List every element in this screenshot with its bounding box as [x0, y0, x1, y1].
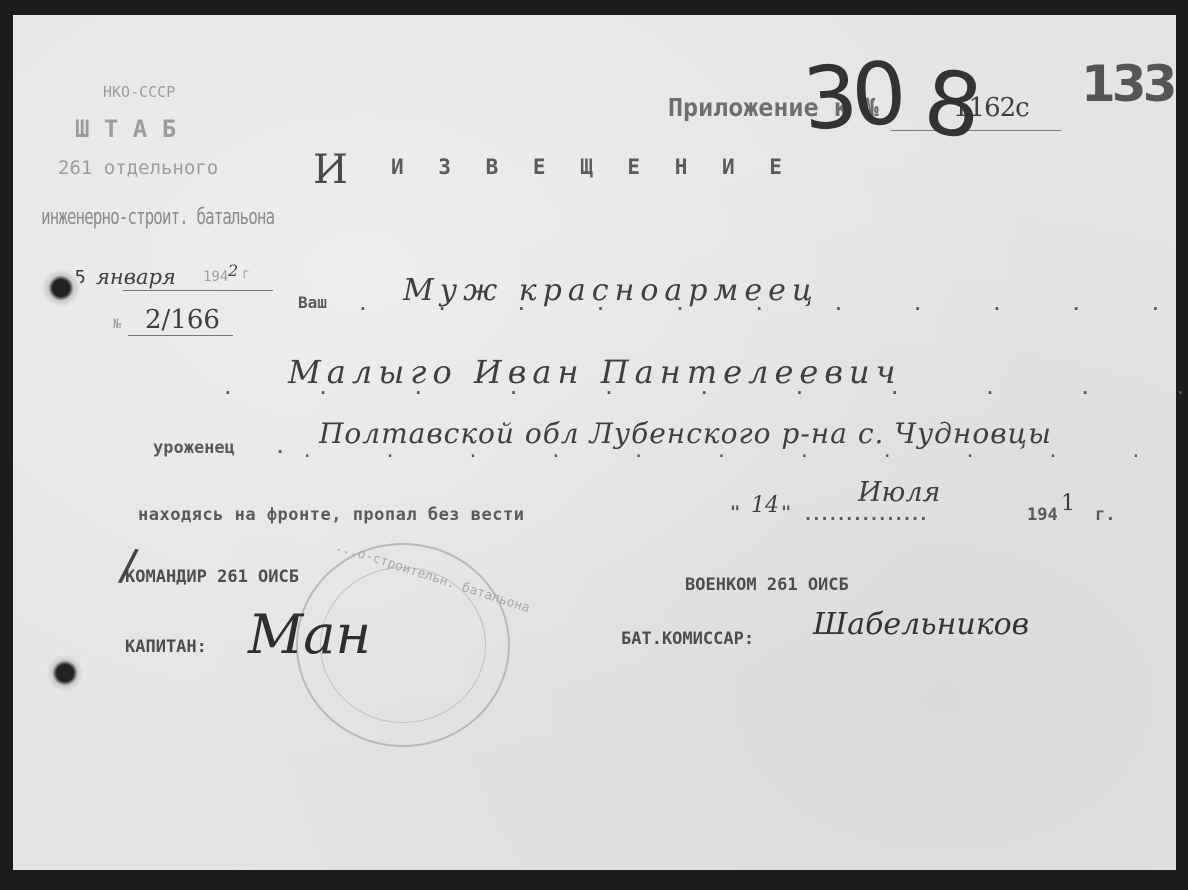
stamp-staff: Ш Т А Б — [75, 115, 176, 143]
stamp-unit: 261 отдельного — [58, 157, 218, 179]
commander-rank: КАПИТАН: — [125, 637, 207, 657]
line4-year-suffix: 1 — [1061, 491, 1075, 516]
stamp-date: 25 января 194 2 г — [58, 265, 258, 289]
stamp-date-month: января — [96, 265, 176, 289]
stamp-number: 2/166 — [145, 305, 220, 335]
stamp-date-year: 194 — [203, 269, 228, 285]
stamp-date-suffix: г — [242, 267, 250, 282]
line4-year-prefix: 194 — [1027, 505, 1058, 525]
line4-dots: ............... — [803, 505, 927, 525]
document-title: И З В Е Щ Е Н И Е — [391, 155, 793, 179]
line4-day: 14 — [751, 493, 779, 518]
line3-dots: . . . . . . . . . . . . . . . . . . . . … — [303, 445, 1188, 461]
stamp-org: НКО-СССР — [103, 83, 175, 101]
title-handwritten-initial: И — [313, 147, 348, 193]
stamp-date-underline — [123, 290, 273, 291]
stamp-number-underline — [128, 335, 233, 336]
line4-quote-open: " — [730, 503, 740, 523]
commissar-rank: БАТ.КОМИССАР: — [621, 629, 754, 649]
line4-text: находясь на фронте, пропал без вести — [138, 505, 524, 525]
line4-month: Июля — [858, 477, 940, 508]
stamp-battalion: инженерно-строит. батальона — [41, 203, 274, 230]
commissar-title: ВОЕНКОМ 261 ОИСБ — [685, 575, 849, 595]
punch-hole-top — [41, 268, 81, 308]
commander-title: КОМАНДИР 261 ОИСБ — [125, 567, 299, 587]
archive-mark-30: 30 — [800, 44, 904, 151]
archive-mark-8: 8 — [918, 50, 988, 160]
punch-hole-bottom — [45, 653, 85, 693]
line4-quote-close: " — [781, 503, 791, 523]
line3-label: уроженец — [153, 438, 235, 458]
line1-dots: . . . . . . . . . . . . . . . . — [358, 295, 1188, 314]
commander-signature: Ман — [248, 603, 371, 666]
line3-label-dot: . — [275, 438, 285, 458]
sheet-number: 133 — [1081, 55, 1173, 113]
line2-dots: . . . . . . . . . . . . . . . . . . . . … — [223, 379, 1188, 398]
line1-label: Ваш — [298, 293, 327, 312]
commissar-signature: Шабельников — [813, 607, 1029, 642]
stamp-date-year-suffix: 2 — [228, 261, 238, 280]
stamp-number-prefix: № — [113, 317, 121, 332]
document-paper: НКО-СССР Ш Т А Б 261 отдельного инженерн… — [13, 15, 1176, 870]
line4-year-end: г. — [1095, 505, 1115, 525]
